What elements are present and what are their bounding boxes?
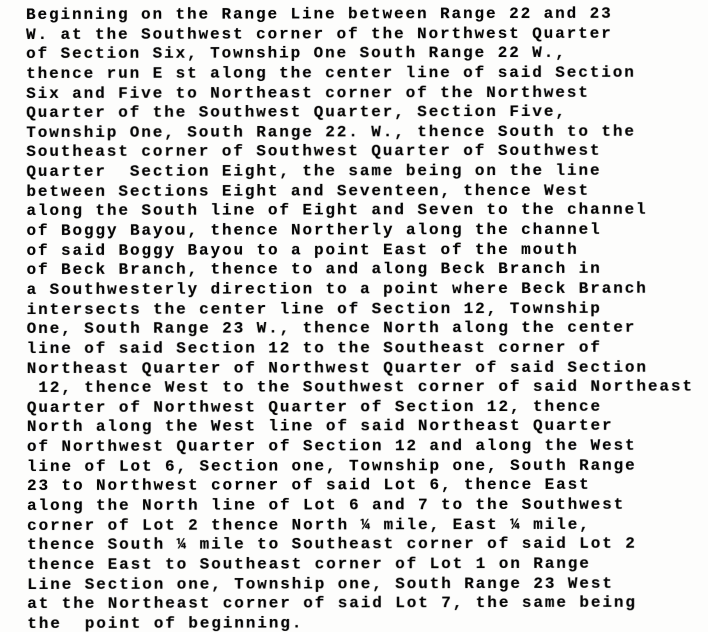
text-line: of Beck Branch, thence to and along Beck… bbox=[27, 260, 705, 281]
text-line: line of Lot 6, Section one, Township one… bbox=[27, 456, 705, 477]
text-line: thence South ¼ mile to Southeast corner … bbox=[27, 535, 705, 556]
text-line: a Southwesterly direction to a point whe… bbox=[27, 280, 705, 301]
text-line: of Boggy Bayou, thence Northerly along t… bbox=[26, 221, 704, 242]
text-line: of Northwest Quarter of Section 12 and a… bbox=[27, 437, 705, 458]
text-line: Beginning on the Range Line between Rang… bbox=[26, 5, 704, 26]
text-line: North along the West line of said Northe… bbox=[27, 417, 705, 438]
text-line: W. at the Southwest corner of the Northw… bbox=[26, 24, 704, 45]
text-line: of said Boggy Bayou to a point East of t… bbox=[26, 240, 704, 261]
text-line: Quarter of Northwest Quarter of Section … bbox=[27, 397, 705, 418]
legal-description-text: Beginning on the Range Line between Rang… bbox=[26, 5, 705, 632]
text-line: the point of beginning. bbox=[27, 613, 705, 632]
text-line: thence East to Southeast corner of Lot 1… bbox=[27, 555, 705, 576]
text-line: line of said Section 12 to the Southeast… bbox=[27, 338, 705, 359]
text-line: along the South line of Eight and Seven … bbox=[26, 201, 704, 222]
text-line: 12, thence West to the Southwest corner … bbox=[27, 378, 705, 399]
text-line: Township One, South Range 22. W., thence… bbox=[26, 122, 704, 143]
text-line: of Section Six, Township One South Range… bbox=[26, 44, 704, 65]
text-line: along the North line of Lot 6 and 7 to t… bbox=[27, 496, 705, 517]
document-page: Beginning on the Range Line between Rang… bbox=[0, 0, 708, 632]
text-line: Quarter Section Eight, the same being on… bbox=[26, 162, 704, 183]
text-line: corner of Lot 2 thence North ¼ mile, Eas… bbox=[27, 515, 705, 536]
text-line: thence run E st along the center line of… bbox=[26, 64, 704, 85]
text-line: 23 to Northwest corner of said Lot 6, th… bbox=[27, 476, 705, 497]
text-line: intersects the center line of Section 12… bbox=[27, 299, 705, 320]
text-line: at the Northeast corner of said Lot 7, t… bbox=[27, 594, 705, 615]
text-line: One, South Range 23 W., thence North alo… bbox=[27, 319, 705, 340]
text-line: Southeast corner of Southwest Quarter of… bbox=[26, 142, 704, 163]
text-line: between Sections Eight and Seventeen, th… bbox=[26, 181, 704, 202]
text-line: Line Section one, Township one, South Ra… bbox=[27, 574, 705, 595]
text-line: Six and Five to Northeast corner of the … bbox=[26, 83, 704, 104]
text-line: Northeast Quarter of Northwest Quarter o… bbox=[27, 358, 705, 379]
text-line: Quarter of the Southwest Quarter, Sectio… bbox=[26, 103, 704, 124]
